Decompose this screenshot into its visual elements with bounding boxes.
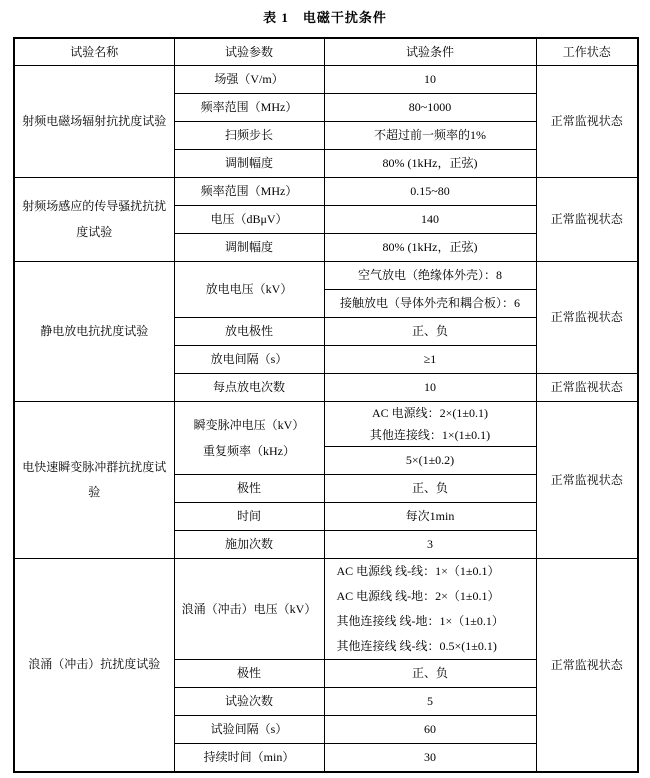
table-row: 浪涌（冲击）抗扰度试验 浪涌（冲击）电压（kV） AC 电源线 线-线：1×（1… [14, 559, 638, 660]
param-cell: 扫频步长 [174, 122, 324, 150]
condition-cell: 每次1min [324, 503, 536, 531]
work-state-cell: 正常监视状态 [536, 559, 638, 773]
test-name-cell: 电快速瞬变脉冲群抗扰度试验 [14, 402, 174, 559]
param-cell: 电压（dBμV） [174, 206, 324, 234]
param-cell: 极性 [174, 660, 324, 688]
emi-conditions-table: 试验名称 试验参数 试验条件 工作状态 射频电磁场辐射抗扰度试验 场强（V/m）… [13, 37, 639, 773]
param-cell: 放电间隔（s） [174, 346, 324, 374]
table-row: 静电放电抗扰度试验 放电电压（kV） 空气放电（绝缘体外壳）：8 正常监视状态 [14, 262, 638, 290]
condition-cell: AC 电源线 线-线：1×（1±0.1） AC 电源线 线-地：2×（1±0.1… [324, 559, 536, 660]
header-work-state: 工作状态 [536, 38, 638, 66]
condition-cell: 接触放电（导体外壳和耦合板）：6 [324, 290, 536, 318]
test-name-cell: 射频场感应的传导骚扰抗扰度试验 [14, 178, 174, 262]
param-cell: 时间 [174, 503, 324, 531]
header-row: 试验名称 试验参数 试验条件 工作状态 [14, 38, 638, 66]
condition-cell: 0.15~80 [324, 178, 536, 206]
condition-cell: 10 [324, 374, 536, 402]
header-test-condition: 试验条件 [324, 38, 536, 66]
header-test-name: 试验名称 [14, 38, 174, 66]
condition-cell: AC 电源线：2×(1±0.1) 其他连接线：1×(1±0.1) [324, 402, 536, 447]
param-cell: 场强（V/m） [174, 66, 324, 94]
header-test-param: 试验参数 [174, 38, 324, 66]
param-cell: 调制幅度 [174, 150, 324, 178]
condition-cell: 正、负 [324, 475, 536, 503]
param-cell: 试验间隔（s） [174, 716, 324, 744]
condition-cell: 80% (1kHz，正弦) [324, 150, 536, 178]
table-row: 电快速瞬变脉冲群抗扰度试验 瞬变脉冲电压（kV） 重复频率（kHz） AC 电源… [14, 402, 638, 447]
condition-cell: 30 [324, 744, 536, 773]
table-title: 表 1 电磁干扰条件 [0, 7, 650, 26]
table-row: 射频场感应的传导骚扰抗扰度试验 频率范围（MHz） 0.15~80 正常监视状态 [14, 178, 638, 206]
param-cell: 施加次数 [174, 531, 324, 559]
work-state-cell: 正常监视状态 [536, 262, 638, 374]
condition-cell: 正、负 [324, 318, 536, 346]
work-state-cell: 正常监视状态 [536, 178, 638, 262]
condition-cell: 60 [324, 716, 536, 744]
work-state-cell: 正常监视状态 [536, 66, 638, 178]
condition-cell: 80% (1kHz，正弦) [324, 234, 536, 262]
table-row: 射频电磁场辐射抗扰度试验 场强（V/m） 10 正常监视状态 [14, 66, 638, 94]
condition-cell: ≥1 [324, 346, 536, 374]
condition-cell: 10 [324, 66, 536, 94]
condition-cell: 3 [324, 531, 536, 559]
condition-cell: 空气放电（绝缘体外壳）：8 [324, 262, 536, 290]
condition-cell: 正、负 [324, 660, 536, 688]
condition-cell: 5×(1±0.2) [324, 447, 536, 475]
condition-cell: 80~1000 [324, 94, 536, 122]
param-cell: 调制幅度 [174, 234, 324, 262]
test-name-cell: 射频电磁场辐射抗扰度试验 [14, 66, 174, 178]
condition-cell: 5 [324, 688, 536, 716]
param-cell: 每点放电次数 [174, 374, 324, 402]
test-name-cell: 静电放电抗扰度试验 [14, 262, 174, 402]
param-cell: 频率范围（MHz） [174, 178, 324, 206]
condition-cell: 不超过前一频率的1% [324, 122, 536, 150]
param-cell: 放电电压（kV） [174, 262, 324, 318]
param-cell: 放电极性 [174, 318, 324, 346]
condition-cell: 140 [324, 206, 536, 234]
param-cell: 频率范围（MHz） [174, 94, 324, 122]
param-cell: 持续时间（min） [174, 744, 324, 773]
work-state-cell: 正常监视状态 [536, 402, 638, 559]
param-cell: 极性 [174, 475, 324, 503]
param-cell: 瞬变脉冲电压（kV） 重复频率（kHz） [174, 402, 324, 475]
param-cell: 试验次数 [174, 688, 324, 716]
work-state-cell: 正常监视状态 [536, 374, 638, 402]
param-cell: 浪涌（冲击）电压（kV） [174, 559, 324, 660]
test-name-cell: 浪涌（冲击）抗扰度试验 [14, 559, 174, 773]
